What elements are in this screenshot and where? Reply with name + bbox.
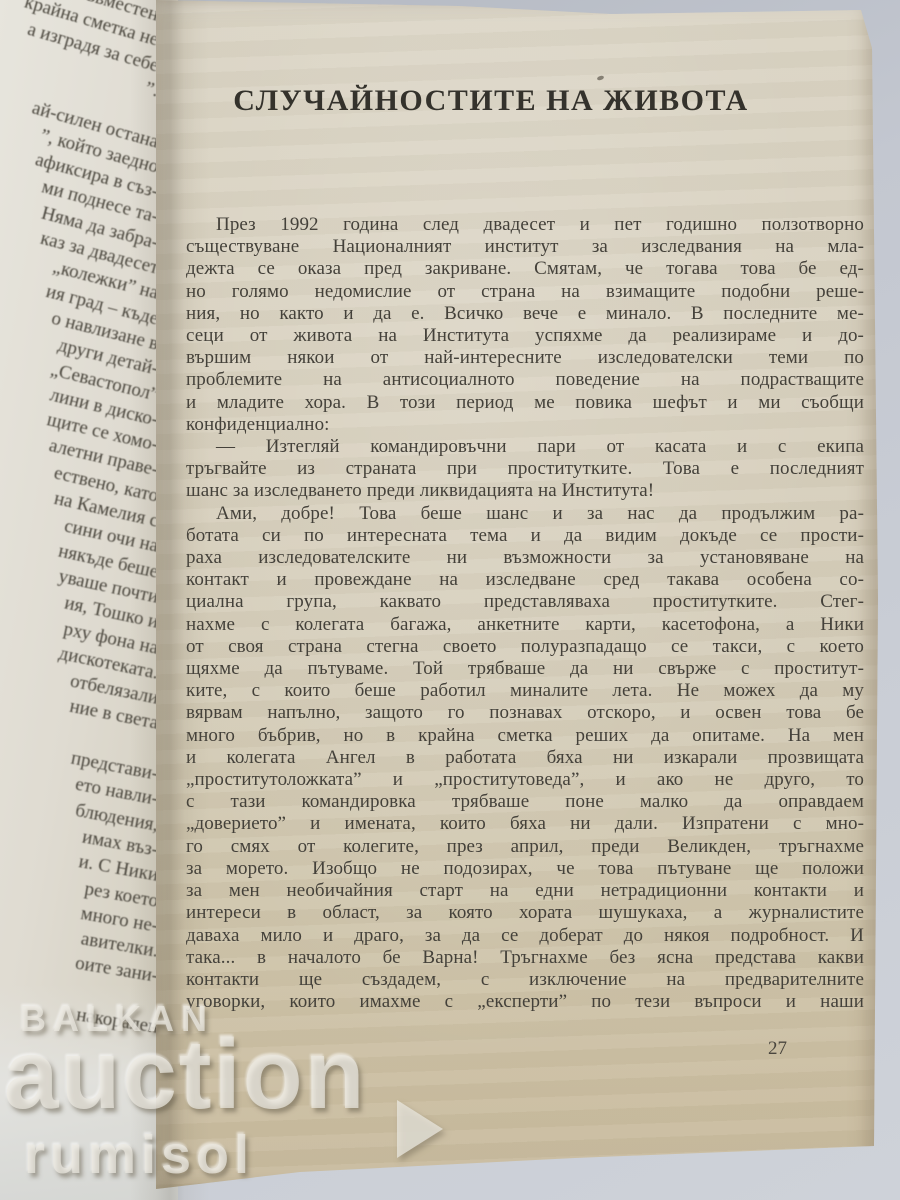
text-line: ния, но както и да е. Всичко вече е мина…	[186, 303, 864, 325]
text-line: така... в началото бе Варна! Тръгнахме б…	[186, 947, 864, 969]
text-line: вярвам напълно, защото го познавах отско…	[186, 702, 864, 724]
text-line: „проститутоложката” и „проститутоведа”, …	[186, 769, 864, 791]
text-line: проблемите на антисоциалното поведение н…	[186, 369, 864, 391]
left-page: му съвместенкрайна сметка неа изградя за…	[0, 0, 178, 1200]
text-line: от своя страна стегна своето полуразпада…	[186, 636, 864, 658]
right-page: СЛУЧАЙНОСТИТЕ НА ЖИВОТА През 1992 година…	[156, 0, 878, 1196]
text-line: дежта се оказа пред закриване. Смятам, ч…	[186, 258, 864, 280]
text-line: го смях от колегите, през април, преди В…	[186, 836, 864, 858]
text-line: за мен необичайния старт на едни нетради…	[186, 880, 864, 902]
text-line: ботата си по интересната тема и да видим…	[186, 525, 864, 547]
text-line: много бъбрив, но в крайна сметка реших д…	[186, 725, 864, 747]
text-line: щяхме да пътуваме. Той трябваше да ни св…	[186, 658, 864, 680]
text-line: „доверието” и имената, които бяха ни дал…	[186, 813, 864, 835]
text-line: нахме с колегата багажа, анкетните карти…	[186, 614, 864, 636]
text-line: за морето. Изобщо не подозирах, че това …	[186, 858, 864, 880]
text-line: интереси в област, за която хората шушук…	[186, 902, 864, 924]
text-line: През 1992 година след двадесет и пет год…	[186, 214, 864, 236]
book-photo: му съвместенкрайна сметка неа изградя за…	[0, 0, 900, 1200]
text-line: шанс за изследването преди ликвидацията …	[186, 480, 864, 502]
text-line: контакт и провеждане на изследване сред …	[186, 569, 864, 591]
text-line: с тази командировка трябваше поне малко …	[186, 791, 864, 813]
text-line: Ами, добре! Това беше шанс и за нас да п…	[186, 503, 864, 525]
text-line: — Изтегляй командировъчни пари от касата…	[186, 436, 864, 458]
text-line: тръгвайте из страната при проститутките.…	[186, 458, 864, 480]
text-line: вършим някои от най-интересните изследов…	[186, 347, 864, 369]
text-line: циална група, каквато представляваха про…	[186, 591, 864, 613]
text-line: ките, с които беше работил миналите лета…	[186, 680, 864, 702]
text-line: съществуване Националният институт за из…	[186, 236, 864, 258]
page-number: 27	[768, 1038, 787, 1060]
text-line: контакти ще създадем, с изключение на пр…	[186, 969, 864, 991]
chapter-title: СЛУЧАЙНОСТИТЕ НА ЖИВОТА	[152, 84, 830, 118]
left-page-text: му съвместенкрайна сметка неа изградя за…	[0, 0, 166, 1200]
text-line: и младите хора. В този период ме повика …	[186, 392, 864, 414]
text-line: конфиденциално:	[186, 414, 864, 436]
text-line: уговорки, които имахме с „експерти” по т…	[186, 991, 864, 1013]
text-line: даваха мило и драго, за да се доберат до…	[186, 925, 864, 947]
text-line: раха изследователските ни възможности за…	[186, 547, 864, 569]
text-line: но голямо недомислие от страна на взимащ…	[186, 281, 864, 303]
text-line: сеци от живота на Института успяхме да р…	[186, 325, 864, 347]
text-line: и колегата Ангел в работата бяха ни изка…	[186, 747, 864, 769]
print-speck	[597, 75, 605, 81]
body-text: През 1992 година след двадесет и пет год…	[186, 214, 864, 1013]
